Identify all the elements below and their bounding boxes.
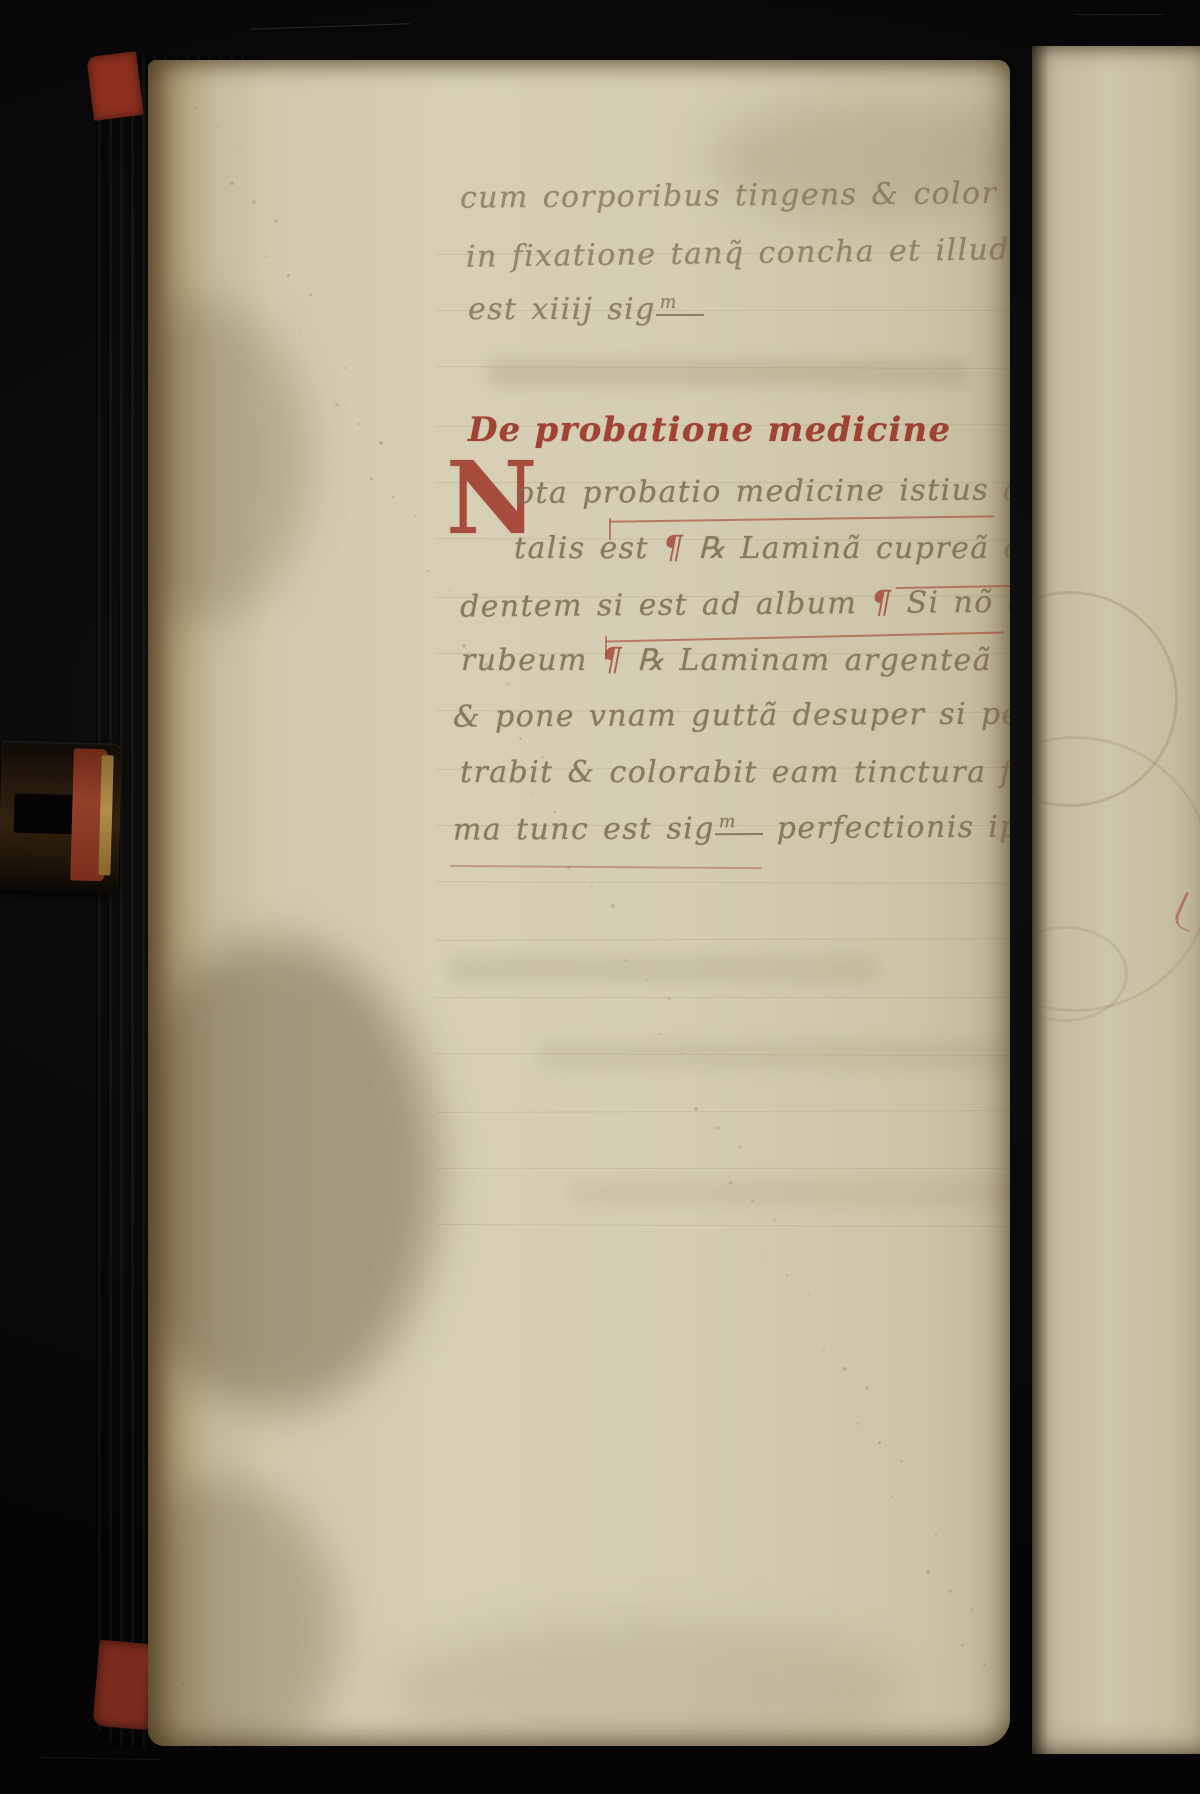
text-segment: talis est bbox=[514, 531, 663, 566]
manuscript-text-line: rubeum ¶ ℞ Laminam argenteã bbox=[461, 642, 992, 678]
text-block: cum corporibus tingens & color eiusin fi… bbox=[148, 60, 1010, 1746]
manuscript-text-line: trabit & colorabit eam tinctura fir bbox=[460, 755, 1010, 790]
strap-slot bbox=[14, 793, 79, 835]
text-segment: ota probatio medicine istius artis bbox=[516, 472, 1010, 511]
scratch-mark bbox=[40, 1757, 160, 1760]
rubric-underline bbox=[450, 865, 762, 869]
text-segment: perfectionis ipsius bbox=[763, 809, 1010, 846]
book-clasp-strap bbox=[0, 740, 122, 893]
facing-page-edge bbox=[1032, 46, 1200, 1754]
pilcrow-mark: ¶ bbox=[663, 530, 684, 566]
text-segment: & pone vnam guttã desuper si pene bbox=[453, 696, 1010, 734]
binding-leather-bottom-corner bbox=[92, 1640, 155, 1731]
text-segment: m bbox=[715, 812, 763, 835]
text-segment: rubeum bbox=[461, 643, 602, 678]
text-segment: Si nõ ad bbox=[892, 584, 1010, 620]
manuscript-text-line: ma tunc est sigm perfectionis ipsius bbox=[453, 809, 1010, 847]
photo-background: cum corporibus tingens & color eiusin fi… bbox=[0, 0, 1200, 1794]
scratch-mark bbox=[250, 23, 410, 30]
text-segment: ℞ Laminam argenteã bbox=[623, 643, 992, 678]
rubric-heading: De probatione medicine bbox=[468, 410, 951, 450]
text-segment: cum corporibus tingens & color eius bbox=[460, 175, 1010, 215]
rubric-overline bbox=[610, 515, 994, 522]
binding-leather-top-corner bbox=[86, 51, 143, 121]
manuscript-text-line: dentem si est ad album ¶ Si nõ ad bbox=[460, 583, 1010, 624]
text-segment: m bbox=[656, 293, 704, 316]
rubric-overline-stub bbox=[609, 518, 611, 540]
text-segment: trabit & colorabit eam tinctura fir bbox=[460, 755, 1010, 790]
text-segment: ℞ Laminã cupreã can bbox=[684, 531, 1010, 566]
manuscript-text-line: talis est ¶ ℞ Laminã cupreã can bbox=[514, 530, 1010, 566]
manuscript-text-line: cum corporibus tingens & color eius bbox=[460, 175, 1010, 215]
text-segment: ma tunc est sig bbox=[453, 811, 715, 847]
manuscript-text-line: & pone vnam guttã desuper si pene bbox=[453, 696, 1010, 734]
text-segment: in fixatione tanq̃ concha et illud bbox=[466, 232, 1010, 275]
manuscript-text-line: in fixatione tanq̃ concha et illud bbox=[466, 232, 1010, 275]
text-segment: est xiiij sig bbox=[468, 292, 656, 327]
text-segment: dentem si est ad album bbox=[460, 586, 871, 625]
manuscript-text-line: ota probatio medicine istius artis bbox=[516, 472, 1010, 511]
rubric-overline bbox=[606, 631, 1004, 642]
pilcrow-mark: ¶ bbox=[871, 585, 893, 621]
scratch-mark bbox=[1075, 14, 1165, 15]
manuscript-text-line: est xiiij sigm bbox=[468, 292, 704, 327]
rubric-overline-stub bbox=[605, 636, 607, 660]
manuscript-page: cum corporibus tingens & color eiusin fi… bbox=[148, 60, 1010, 1746]
